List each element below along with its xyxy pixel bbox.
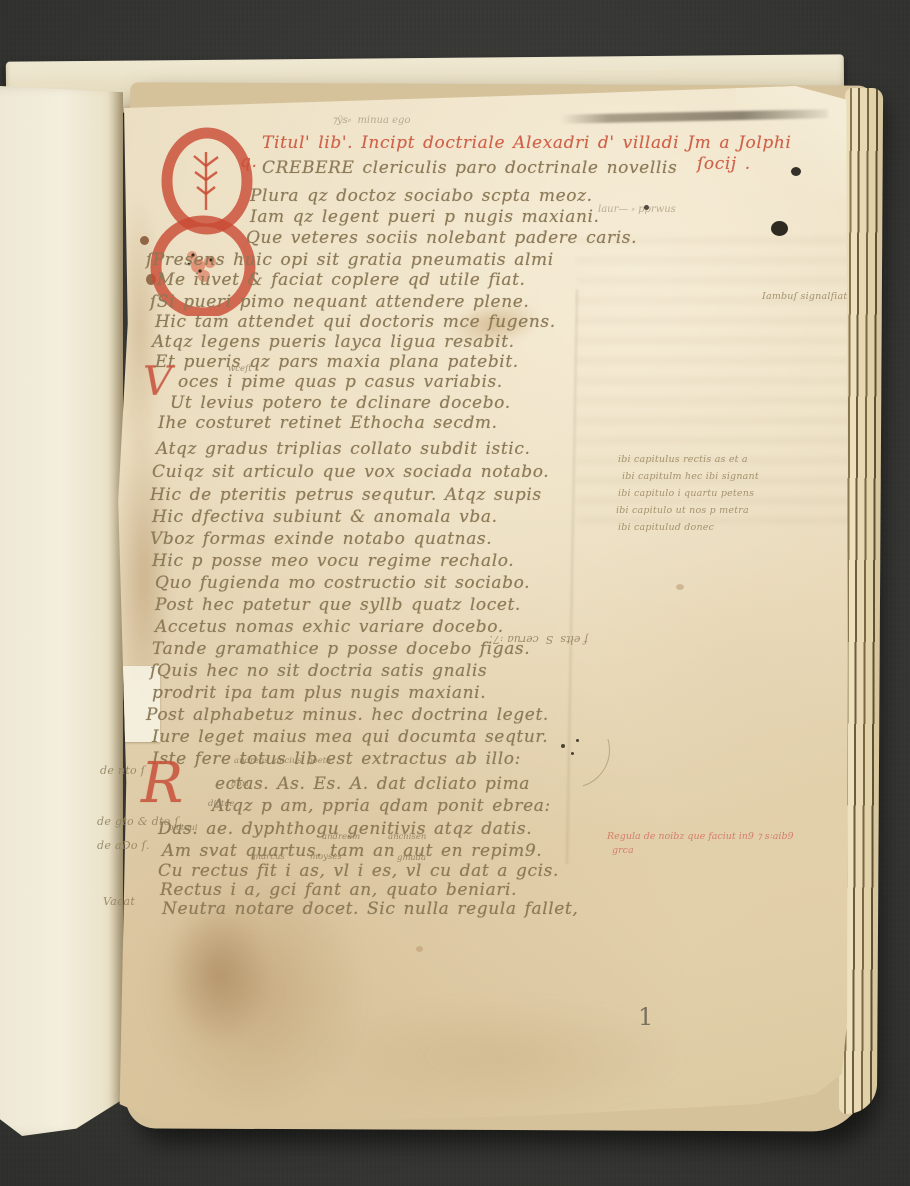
interlinear-gloss: andreas ancius poeta <box>234 756 331 766</box>
interlinear-gloss: andream <box>322 832 360 842</box>
interlinear-gloss: anchisen <box>388 832 426 842</box>
right-margin-note: ibi capitulo i quartu petens <box>618 488 754 499</box>
text-line: ſQuis hec no sit doctria satis gnalis <box>150 661 487 681</box>
right-margin-note: Regula de noibz que faciut in9 ⁊ s꞉aib9 <box>607 831 794 842</box>
text-line: Atqz p am, ppria qdam ponit ebrea: <box>212 796 551 816</box>
text-line: Hic de pteritis petrus sequtur. Atqz sup… <box>150 485 542 505</box>
rubric-line: ſocij . <box>697 154 751 174</box>
text-line: Hic tam attendet qui doctoris mce fugens… <box>155 312 556 332</box>
initial-letter-r: R <box>141 756 183 812</box>
text-line: Iure leget maius mea qui documta seqtur. <box>152 727 548 747</box>
text-line: Cu rectus fit i as, vl i es, vl cu dat a… <box>158 861 559 881</box>
interlinear-gloss: wceſt <box>228 364 252 374</box>
left-margin-note: Vacat <box>103 895 135 908</box>
text-line: Tande gramathice p posse docebo figas. <box>152 639 530 659</box>
text-line: Rectus i a, gci fant an, quato beniari. <box>160 880 517 900</box>
text-line: Ihe costuret retinet Ethocha secdm. <box>158 413 498 433</box>
text-layer: Titul' lib'. Incipt doctriale Alexadri d… <box>0 0 910 1186</box>
folio-number: 1 <box>638 1003 653 1031</box>
right-margin-note: ibi capitulud donec <box>618 522 714 533</box>
right-margin-note: grca <box>612 845 634 856</box>
initial-letter-v: V <box>143 362 172 402</box>
rubric-line: Titul' lib'. Incipt doctriale Alexadri d… <box>262 133 791 153</box>
text-line: Plura qz doctoz sociabo scpta meoz. <box>250 186 593 206</box>
text-line: oces i pime quas p casus variabis. <box>178 372 503 392</box>
text-line: Quo fugienda mo costructio sit sociabo. <box>155 573 530 593</box>
text-line: Atqz gradus triplias collato subdit isti… <box>156 439 530 459</box>
text-line: Atqz legens pueris layca ligua resabit. <box>152 332 515 352</box>
text-line: Am svat quartus. tam an aut en repim9. <box>162 841 542 861</box>
interlinear-gloss: dictae <box>208 799 234 809</box>
text-line: Vboz formas exinde notabo quatnas. <box>150 529 492 549</box>
interlinear-gloss: marcus <box>253 852 285 862</box>
text-line: Iam qz legent pueri p nugis maxiani. <box>250 207 600 227</box>
text-line: Me iuvet & faciat coplere qd utile fiat. <box>157 270 526 290</box>
rubric-line: q. <box>240 152 258 172</box>
text-line: Iste fere totus lib est extractus ab ill… <box>152 749 521 769</box>
text-line: Post alphabetuz minus. hec doctrina lege… <box>146 705 549 725</box>
text-line: Cuiqz sit articulo que vox sociada notab… <box>152 462 549 482</box>
text-line: Et pueris qz pars maxia plana patebit. <box>155 352 519 372</box>
right-margin-note: Iambuſ signalfiat <box>762 291 847 302</box>
text-line: Ut levius potero te dclinare docebo. <box>170 393 511 413</box>
photograph-of-manuscript: ⁊ÿs⸗ minua ego Titul' lib'. Incipt doctr… <box>0 0 910 1186</box>
left-margin-note: de aDo ſ. <box>97 839 150 852</box>
text-line: Neutra notare docet. Sic nulla regula fa… <box>162 899 578 919</box>
text-line: Accetus nomas exhic variare docebo. <box>155 617 504 637</box>
upside-down-pen-trial: f ełts S cerua ꞉7. <box>490 633 588 646</box>
interlinear-gloss: gmada <box>397 853 426 863</box>
text-line: Que veteres sociis nolebant padere caris… <box>246 228 637 248</box>
interlinear-gloss: libri <box>231 779 249 789</box>
right-margin-note: ibi capitulus rectis as et a <box>618 454 748 465</box>
interlinear-gloss: pictaui <box>168 823 198 833</box>
text-line: Hic dfectiva subiunt & anomala vba. <box>152 507 498 527</box>
text-line: ectas. As. Es. A. dat dcliato pima <box>215 774 530 794</box>
text-line: prodrit ipa tam plus nugis maxiani. <box>152 683 486 703</box>
text-line: Post hec patetur que syllb quatz locet. <box>155 595 521 615</box>
right-margin-note: laur— ⸗ pprwus <box>598 204 676 215</box>
text-line: ſPresens huic opi sit gratia pneumatis a… <box>146 250 554 270</box>
left-margin-note: de nto ſ <box>100 764 145 777</box>
interlinear-gloss: moyses <box>310 852 342 862</box>
text-line: ſSi pueri pimo nequant attendere plene. <box>150 292 529 312</box>
text-line: CREBERE clericulis paro doctrinale novel… <box>262 158 677 178</box>
text-line: Hic p posse meo vocu regime rechalo. <box>152 551 514 571</box>
right-margin-note: ibi capitulo ut nos p metra <box>616 505 749 516</box>
right-margin-note: ibi capitulm hec ibi signant <box>622 471 759 482</box>
